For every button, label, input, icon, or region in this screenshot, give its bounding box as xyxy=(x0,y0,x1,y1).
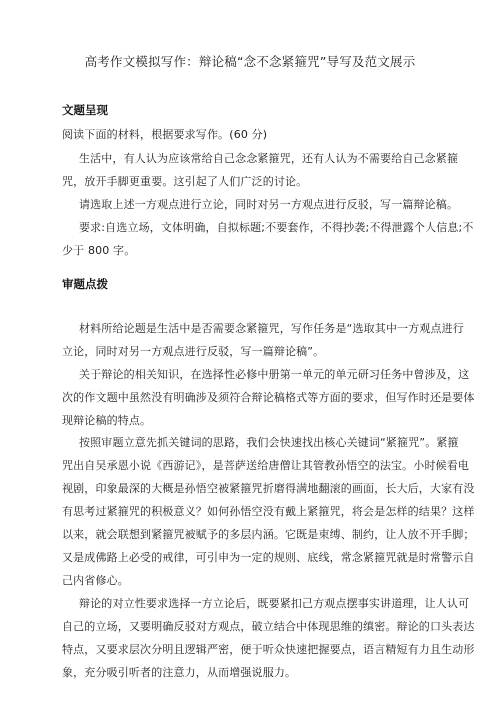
paragraph-line: 以来，就会联想到紧箍咒被赋予的多层内涵。它既是束缚、制约，让人放不开手脚； xyxy=(62,526,440,542)
paragraph-line: 有思考过紧箍咒的积极意义？如何孙悟空没有戴上紧箍咒，将会是怎样的结果？这样 xyxy=(62,503,440,519)
paragraph-line: 材料所给论题是生活中是否需要念紧箍咒，写作任务是“选取其中一方观点进行 xyxy=(62,320,457,336)
paragraph-line: 阅读下面的材料，根据要求写作。(60 分) xyxy=(62,126,440,142)
paragraph-line: 视剧，印象最深的大概是孙悟空被紧箍咒折磨得满地翻滚的画面，长大后，大家有没 xyxy=(62,480,440,496)
paragraph-line: 咒，放开手脚更重要。这引起了人们广泛的讨论。 xyxy=(62,173,440,189)
paragraph-line: 生活中，有人认为应该常给自己念念紧箍咒，还有人认为不需要给自己念紧箍 xyxy=(62,150,457,166)
paragraph-line: 次的作文题中虽然没有明确涉及须符合辩论稿格式等方面的要求，但写作时还是要体 xyxy=(62,389,440,405)
paragraph-line: 自己的立场，又要明确反驳对方观点，破立结合中体现思维的缜密。辩论的口头表达 xyxy=(62,618,440,634)
paragraph-line: 己内省修心。 xyxy=(62,572,440,588)
section-heading-prompt: 文题呈现 xyxy=(62,102,108,118)
paragraph-line: 又是成佛路上必受的戒律，可引申为一定的规则、底线，常念紧箍咒就是时常警示自 xyxy=(62,549,440,565)
paragraph-line: 按照审题立意先抓关键词的思路，我们会快速找出核心关键词“紧箍咒”。紧箍 xyxy=(62,434,457,450)
paragraph-line: 象，充分吸引听者的注意力，从而增强说服力。 xyxy=(62,664,440,680)
paragraph-line: 咒出自吴承恩小说《西游记》，是菩萨送给唐僧让其管教孙悟空的法宝。小时候看电 xyxy=(62,457,440,473)
document-title: 高考作文模拟写作：辩论稿“念不念紧箍咒”导写及范文展示 xyxy=(0,52,500,70)
paragraph-line: 立论，同时对另一方观点进行反驳，写一篇辩论稿”。 xyxy=(62,343,440,359)
paragraph-line: 辩论的对立性要求选择一方立论后，既要紧扣己方观点摆事实讲道理，让人认可 xyxy=(62,595,457,611)
section-heading-analysis: 审题点拨 xyxy=(62,276,108,292)
paragraph-line: 请选取上述一方观点进行立论，同时对另一方观点进行反驳，写一篇辩论稿。 xyxy=(62,196,457,212)
paragraph-line: 特点，又要求层次分明且逻辑严密，便于听众快速把握要点，语言精短有力且生动形 xyxy=(62,641,440,657)
paragraph-line: 少于 800 字。 xyxy=(62,242,440,258)
paragraph-line: 现辩论稿的特点。 xyxy=(62,412,440,428)
paragraph-line: 要求:自选立场，文体明确，自拟标题;不要套作，不得抄袭;不得泄露个人信息;不 xyxy=(62,219,457,235)
paragraph-line: 关于辩论的相关知识，在选择性必修中册第一单元的单元研习任务中曾涉及，这 xyxy=(62,366,457,382)
